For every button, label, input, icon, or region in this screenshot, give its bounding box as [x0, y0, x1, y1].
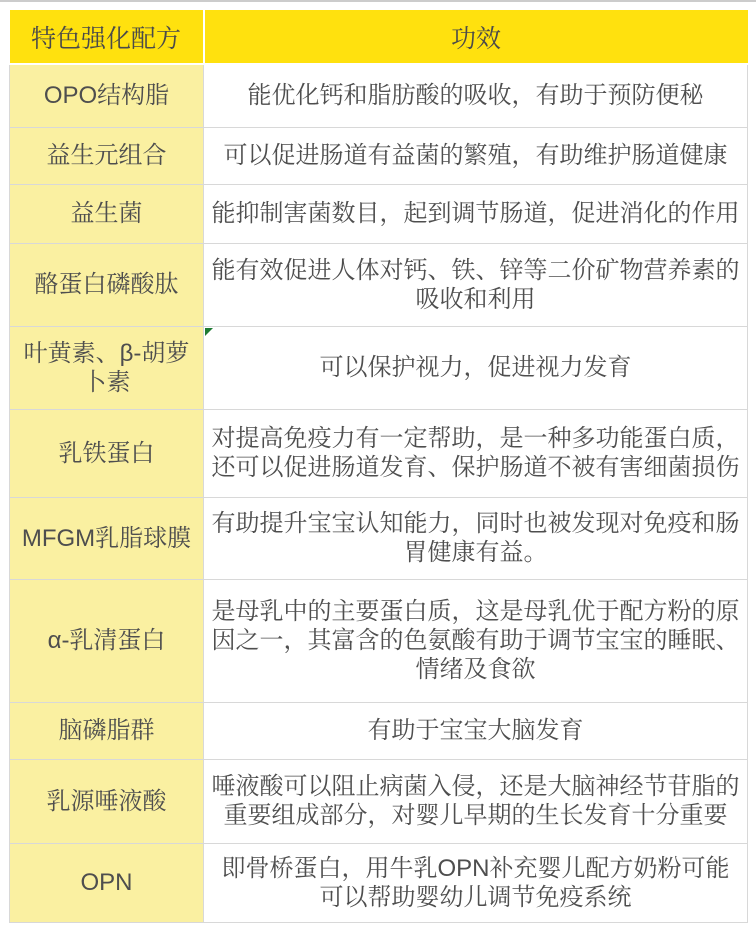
cell-effect: 即骨桥蛋白，用牛乳OPN补充婴儿配方奶粉可能可以帮助婴幼儿调节免疫系统	[204, 843, 748, 922]
top-divider-line	[0, 0, 756, 2]
cell-effect: 是母乳中的主要蛋白质，这是母乳优于配方粉的原因之一，其富含的色氨酸有助于调节宝宝…	[204, 579, 748, 702]
formula-effect-table: 特色强化配方 功效 OPO结构脂 能优化钙和脂肪酸的吸收，有助于预防便秘 益生元…	[9, 10, 748, 923]
cell-effect: 有助提升宝宝认知能力，同时也被发现对免疫和肠胃健康有益。	[204, 497, 748, 579]
page: 特色强化配方 功效 OPO结构脂 能优化钙和脂肪酸的吸收，有助于预防便秘 益生元…	[0, 0, 756, 933]
cell-effect: 能抑制害菌数目，起到调节肠道，促进消化的作用	[204, 184, 748, 243]
cell-formula-name: 益生菌	[10, 184, 204, 243]
table-row: 益生元组合 可以促进肠道有益菌的繁殖，有助维护肠道健康	[10, 127, 748, 184]
table-row: 乳铁蛋白 对提高免疫力有一定帮助，是一种多功能蛋白质，还可以促进肠道发育、保护肠…	[10, 409, 748, 497]
cell-effect: 可以促进肠道有益菌的繁殖，有助维护肠道健康	[204, 127, 748, 184]
header-cell-formula: 特色强化配方	[10, 10, 204, 64]
cell-effect: 可以保护视力，促进视力发育	[204, 326, 748, 409]
table-row: 益生菌 能抑制害菌数目，起到调节肠道，促进消化的作用	[10, 184, 748, 243]
cell-effect: 对提高免疫力有一定帮助，是一种多功能蛋白质，还可以促进肠道发育、保护肠道不被有害…	[204, 409, 748, 497]
cell-formula-name: 叶黄素、β-胡萝卜素	[10, 326, 204, 409]
header-row: 特色强化配方 功效	[10, 10, 748, 64]
table-row: 乳源唾液酸 唾液酸可以阻止病菌入侵，还是大脑神经节苷脂的重要组成部分，对婴儿早期…	[10, 759, 748, 843]
cell-formula-name: α-乳清蛋白	[10, 579, 204, 702]
header-cell-effect: 功效	[204, 10, 748, 64]
cell-effect: 有助于宝宝大脑发育	[204, 702, 748, 759]
table-row: α-乳清蛋白 是母乳中的主要蛋白质，这是母乳优于配方粉的原因之一，其富含的色氨酸…	[10, 579, 748, 702]
table-row: 酪蛋白磷酸肽 能有效促进人体对钙、铁、锌等二价矿物营养素的吸收和利用	[10, 243, 748, 326]
table-row: 叶黄素、β-胡萝卜素 可以保护视力，促进视力发育	[10, 326, 748, 409]
table-row: 脑磷脂群 有助于宝宝大脑发育	[10, 702, 748, 759]
cell-effect: 能优化钙和脂肪酸的吸收，有助于预防便秘	[204, 64, 748, 127]
cell-formula-name: OPO结构脂	[10, 64, 204, 127]
table-row: OPN 即骨桥蛋白，用牛乳OPN补充婴儿配方奶粉可能可以帮助婴幼儿调节免疫系统	[10, 843, 748, 922]
cell-formula-name: 脑磷脂群	[10, 702, 204, 759]
cell-formula-name: 酪蛋白磷酸肽	[10, 243, 204, 326]
cell-effect: 能有效促进人体对钙、铁、锌等二价矿物营养素的吸收和利用	[204, 243, 748, 326]
cell-formula-name: 乳源唾液酸	[10, 759, 204, 843]
table-row: OPO结构脂 能优化钙和脂肪酸的吸收，有助于预防便秘	[10, 64, 748, 127]
cell-formula-name: 乳铁蛋白	[10, 409, 204, 497]
table-row: MFGM乳脂球膜 有助提升宝宝认知能力，同时也被发现对免疫和肠胃健康有益。	[10, 497, 748, 579]
error-indicator-triangle	[205, 328, 213, 336]
cell-formula-name: MFGM乳脂球膜	[10, 497, 204, 579]
cell-effect-text: 可以保护视力，促进视力发育	[320, 354, 632, 381]
cell-effect: 唾液酸可以阻止病菌入侵，还是大脑神经节苷脂的重要组成部分，对婴儿早期的生长发育十…	[204, 759, 748, 843]
cell-formula-name: 益生元组合	[10, 127, 204, 184]
cell-formula-name: OPN	[10, 843, 204, 922]
